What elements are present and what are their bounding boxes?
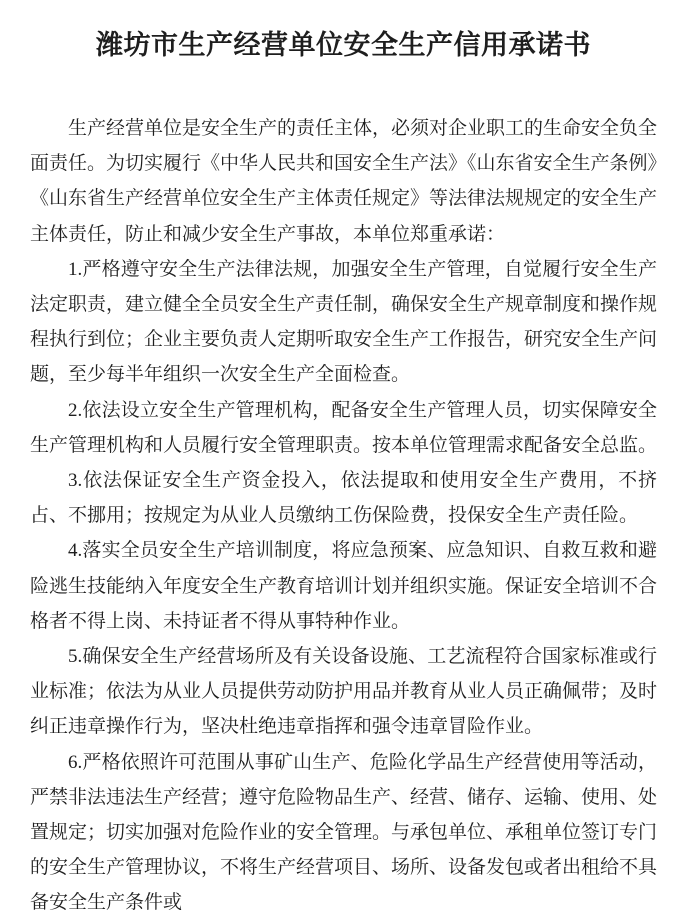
paragraph-item-1: 1.严格遵守安全生产法律法规，加强安全生产管理，自觉履行安全生产法定职责，建立健…	[30, 252, 657, 393]
paragraph-item-3: 3.依法保证安全生产资金投入，依法提取和使用安全生产费用，不挤占、不挪用；按规定…	[30, 463, 657, 533]
document-body: 生产经营单位是安全生产的责任主体，必须对企业职工的生命安全负全面责任。为切实履行…	[30, 111, 657, 921]
paragraph-intro: 生产经营单位是安全生产的责任主体，必须对企业职工的生命安全负全面责任。为切实履行…	[30, 111, 657, 252]
document-page: 潍坊市生产经营单位安全生产信用承诺书 生产经营单位是安全生产的责任主体，必须对企…	[0, 0, 688, 922]
paragraph-item-2: 2.依法设立安全生产管理机构，配备安全生产管理人员，切实保障安全生产管理机构和人…	[30, 393, 657, 463]
paragraph-item-5: 5.确保安全生产经营场所及有关设备设施、工艺流程符合国家标准或行业标准；依法为从…	[30, 639, 657, 745]
document-title: 潍坊市生产经营单位安全生产信用承诺书	[30, 26, 657, 64]
paragraph-item-6: 6.严格依照许可范围从事矿山生产、危险化学品生产经营使用等活动，严禁非法违法生产…	[30, 745, 657, 921]
paragraph-item-4: 4.落实全员安全生产培训制度，将应急预案、应急知识、自救互救和避险逃生技能纳入年…	[30, 533, 657, 639]
